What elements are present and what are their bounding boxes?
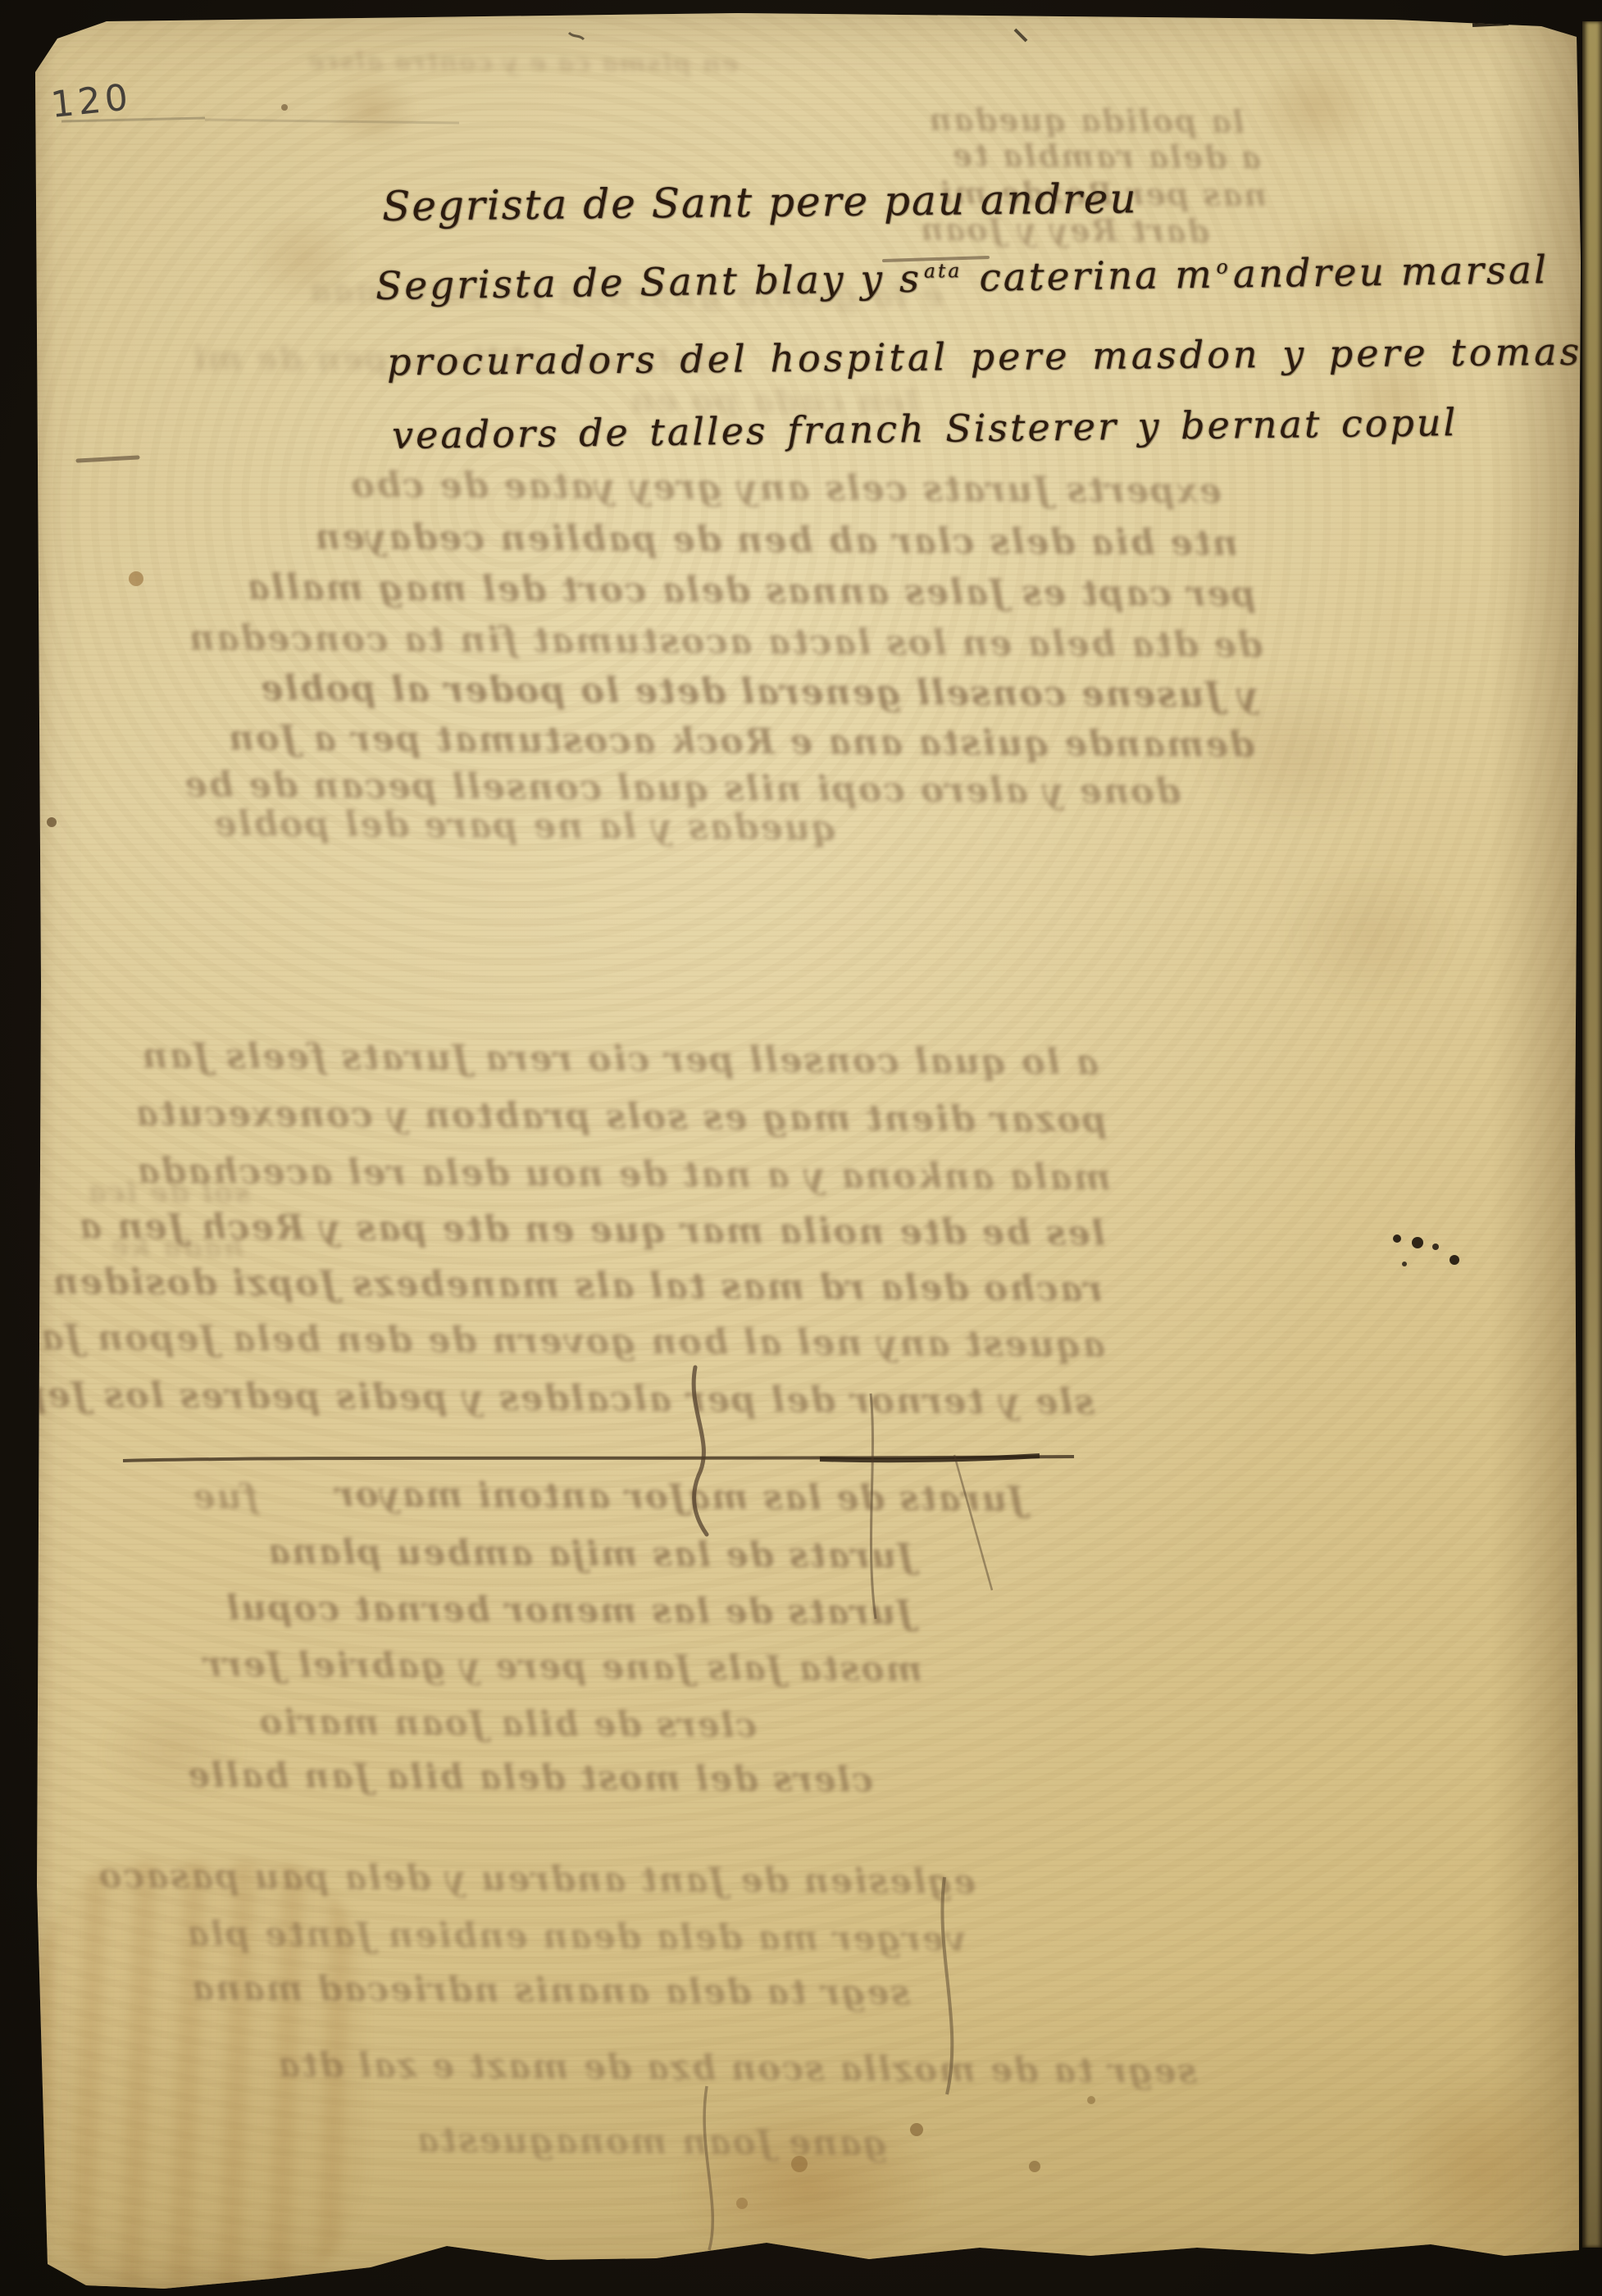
bleed-fragment: experts Jurats cels any grey yatae de cb… bbox=[410, 469, 1222, 510]
heading-text: andreu marsal bbox=[1232, 248, 1549, 297]
bleed-fragment: segr ta dela ananis ndriecad mana bbox=[344, 1972, 910, 2011]
bleed-fragment: gane Joan monaguesta bbox=[453, 2123, 887, 2161]
bleed-fragment: racho dela rd mas tal als manebezs Jopzi… bbox=[135, 1266, 1103, 1307]
heading-superscript: ata bbox=[924, 259, 963, 283]
bleed-fragment: pozar dient mag es sols prabton y conexe… bbox=[205, 1097, 1107, 1139]
manuscript-page: en pisma ca e y contra alsrela polida qu… bbox=[0, 0, 1602, 2296]
heading-line-3: procuradors del hospital pere masdon y p… bbox=[387, 333, 1582, 381]
bleed-fragment: de dta bela en los lacta acostumat fin t… bbox=[148, 621, 1263, 663]
bleed-fragment: nte bia dels clar ab ben de pablien ceda… bbox=[217, 520, 1238, 562]
photograph-background: en pisma ca e y contra alsrela polida qu… bbox=[0, 0, 1602, 2296]
bleed-fragment: segr ta de mozlla scon bza de mazt e zal… bbox=[271, 2048, 1197, 2089]
bleed-fragment: verger ma dela dean enbien Jante pla bbox=[318, 1917, 966, 1957]
bleed-fragment: quedas y la ne pare del poble bbox=[443, 808, 836, 846]
bleed-fragment: clers de bila Joan mario bbox=[302, 1705, 757, 1743]
heading-text: Segrista de Sant blay y s bbox=[375, 257, 922, 309]
heading-line-1: Segrista de Sant pere pau andreu bbox=[382, 178, 1138, 227]
bleed-fragment: demande quista ana e Rock acostumat per … bbox=[238, 721, 1254, 764]
bleed-fragment: Jurats de las mija ambeu plana bbox=[324, 1534, 914, 1573]
bleed-fragment: aquest any nel al bon govern de den bela… bbox=[138, 1321, 1105, 1363]
bleed-fragment: les be dte noila mar que en dte pas y Re… bbox=[138, 1210, 1105, 1252]
bleed-fragment: sol de ica bbox=[78, 1178, 250, 1207]
bleed-fragment: la polida quedan bbox=[867, 103, 1245, 137]
heading-text: Segrista de Sant pere pau andreu bbox=[382, 175, 1138, 230]
bleed-fragment: eglesien de Jant andreu y dela pau pasac… bbox=[271, 1860, 976, 1899]
bleed-fragment: per capt es Jales annas dela cort del ma… bbox=[215, 571, 1256, 613]
bleed-fragment: hada ke bbox=[92, 1233, 243, 1262]
bleed-fragment: Jurats de las menor bernat copul bbox=[321, 1591, 913, 1630]
bleed-fragment: fue bbox=[168, 1480, 258, 1515]
bleed-fragment: a dela rambla te bbox=[941, 140, 1261, 174]
bleed-fragment: a lo qual consell per cio rera Jurats fe… bbox=[271, 1039, 1099, 1080]
bleed-fragment: y Jusene consell general dete lo poder a… bbox=[160, 671, 1258, 713]
bleed-fragment: sle y ternor del per alcaldes y pedis pe… bbox=[143, 1379, 1095, 1421]
bleed-fragment: en pisma ca e y contra alsre bbox=[279, 49, 738, 77]
bleed-fragment: mala ankona y a nat de nou dela rel acec… bbox=[139, 1154, 1111, 1196]
adjacent-folio-edge bbox=[1582, 21, 1602, 2248]
bleed-fragment: Jurats de las maJor antoni mayor bbox=[320, 1477, 1025, 1516]
bleed-fragment: clers del most dela bila Jan balle bbox=[291, 1759, 873, 1798]
folio-number: 120 bbox=[49, 76, 134, 126]
heading-superscript: o bbox=[1216, 256, 1231, 279]
bleed-fragment: mosta Jals Jane pere y gabriel Jerr bbox=[312, 1648, 922, 1686]
heading-text: caterina m bbox=[964, 252, 1214, 301]
